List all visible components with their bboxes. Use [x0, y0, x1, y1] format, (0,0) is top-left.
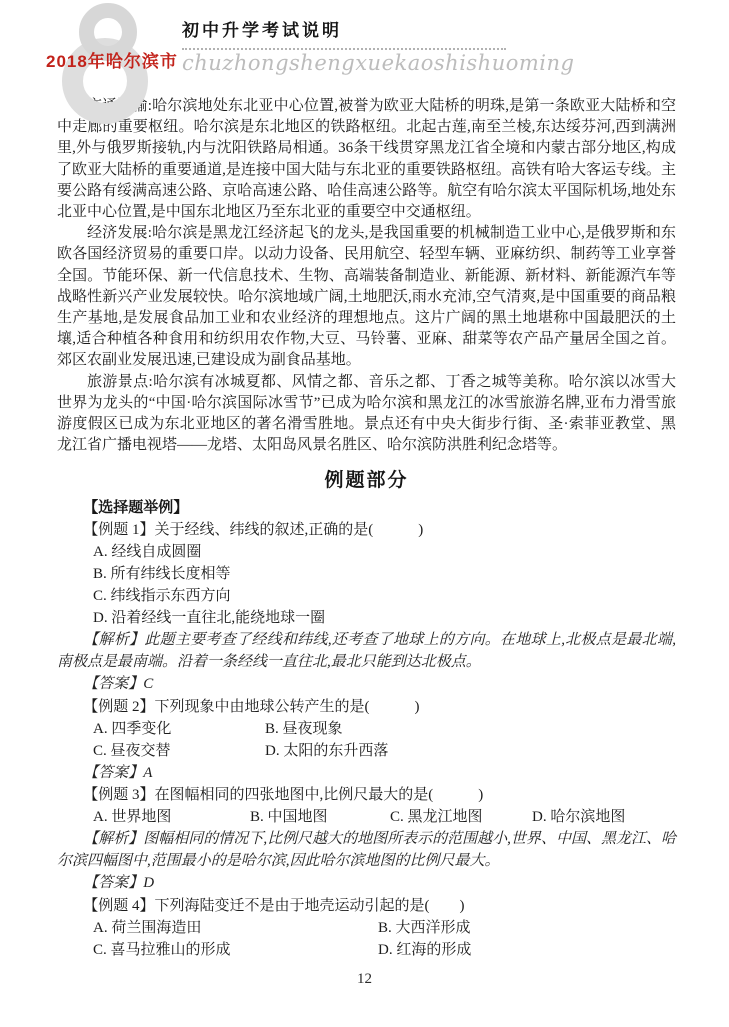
option-row: A. 四季变化 B. 昼夜现象 — [93, 718, 676, 740]
option-c: C. 黑龙江地图 — [390, 806, 532, 828]
option-d: D. 太阳的东升西落 — [265, 740, 388, 762]
option-row: C. 昼夜交替 D. 太阳的东升西落 — [93, 740, 676, 762]
subsection-label: 【选择题举例】 — [57, 497, 676, 519]
example-3-question: 【例题 3】在图幅相同的四张地图中,比例尺最大的是( ) — [57, 784, 676, 806]
page-content: 交通运输:哈尔滨地处东北亚中心位置,被誉为欧亚大陆桥的明珠,是第一条欧亚大陆桥和… — [0, 92, 729, 961]
example-1: 【例题 1】关于经线、纬线的叙述,正确的是( ) A. 经线自成圆圈 B. 所有… — [57, 519, 676, 696]
option-d: D. 沿着经线一直往北,能绕地球一圈 — [93, 607, 676, 629]
example-4-question: 【例题 4】下列海陆变迁不是由于地壳运动引起的是( ) — [57, 895, 676, 917]
option-c: C. 喜马拉雅山的形成 — [93, 939, 378, 961]
option-row: A. 荷兰围海造田 B. 大西洋形成 — [93, 917, 676, 939]
example-3: 【例题 3】在图幅相同的四张地图中,比例尺最大的是( ) A. 世界地图 B. … — [57, 784, 676, 895]
example-2-question: 【例题 2】下列现象中由地球公转产生的是( ) — [57, 696, 676, 718]
option-row: C. 喜马拉雅山的形成 D. 红海的形成 — [93, 939, 676, 961]
paragraph-economy: 经济发展:哈尔滨是黑龙江经济起飞的龙头,是我国重要的机械制造工业中心,是俄罗斯和… — [57, 223, 676, 371]
example-4: 【例题 4】下列海陆变迁不是由于地壳运动引起的是( ) A. 荷兰围海造田 B.… — [57, 895, 676, 961]
title-block: 初中升学考试说明 chuzhongshengxuekaoshishuoming — [182, 16, 512, 75]
document-page: 2018年哈尔滨市 初中升学考试说明 chuzhongshengxuekaosh… — [0, 0, 729, 1027]
edition-label: 2018年哈尔滨市 — [46, 47, 178, 72]
example-1-answer: 【答案】C — [57, 673, 676, 696]
page-number: 12 — [0, 971, 729, 988]
paragraph-tourism: 旅游景点:哈尔滨有冰城夏都、风情之都、音乐之都、丁香之城等美称。哈尔滨以冰雪大世… — [57, 372, 676, 457]
option-a: A. 经线自成圆圈 — [93, 541, 676, 563]
section-title: 例题部分 — [57, 465, 676, 492]
example-4-options: A. 荷兰围海造田 B. 大西洋形成 C. 喜马拉雅山的形成 D. 红海的形成 — [57, 917, 676, 961]
option-a: A. 世界地图 — [93, 806, 250, 828]
example-3-analysis: 【解析】图幅相同的情况下,比例尺越大的地图所表示的范围越小,世界、中国、黑龙江、… — [57, 828, 676, 872]
option-b: B. 所有纬线长度相等 — [93, 563, 676, 585]
paragraph-transportation: 交通运输:哈尔滨地处东北亚中心位置,被誉为欧亚大陆桥的明珠,是第一条欧亚大陆桥和… — [57, 96, 676, 223]
example-3-options: A. 世界地图 B. 中国地图 C. 黑龙江地图 D. 哈尔滨地图 — [57, 806, 676, 828]
example-2-options: A. 四季变化 B. 昼夜现象 C. 昼夜交替 D. 太阳的东升西落 — [57, 718, 676, 762]
option-a: A. 四季变化 — [93, 718, 265, 740]
example-2: 【例题 2】下列现象中由地球公转产生的是( ) A. 四季变化 B. 昼夜现象 … — [57, 696, 676, 785]
example-1-options: A. 经线自成圆圈 B. 所有纬线长度相等 C. 纬线指示东西方向 D. 沿着经… — [57, 541, 676, 629]
option-d: D. 红海的形成 — [378, 939, 471, 961]
example-2-answer: 【答案】A — [57, 762, 676, 785]
example-3-answer: 【答案】D — [57, 872, 676, 895]
option-c: C. 纬线指示东西方向 — [93, 585, 676, 607]
option-c: C. 昼夜交替 — [93, 740, 265, 762]
page-header: 2018年哈尔滨市 初中升学考试说明 chuzhongshengxuekaosh… — [0, 0, 729, 92]
example-1-analysis: 【解析】此题主要考查了经线和纬线,还考查了地球上的方向。在地球上,北极点是最北端… — [57, 629, 676, 673]
option-d: D. 哈尔滨地图 — [532, 806, 625, 828]
option-a: A. 荷兰围海造田 — [93, 917, 378, 939]
option-row: A. 世界地图 B. 中国地图 C. 黑龙江地图 D. 哈尔滨地图 — [93, 806, 676, 828]
option-b: B. 昼夜现象 — [265, 718, 343, 740]
dotted-divider — [182, 48, 506, 50]
title-pinyin: chuzhongshengxuekaoshishuoming — [182, 51, 512, 75]
option-b: B. 大西洋形成 — [378, 917, 471, 939]
document-title: 初中升学考试说明 — [182, 16, 512, 41]
example-1-question: 【例题 1】关于经线、纬线的叙述,正确的是( ) — [57, 519, 676, 541]
option-b: B. 中国地图 — [250, 806, 390, 828]
